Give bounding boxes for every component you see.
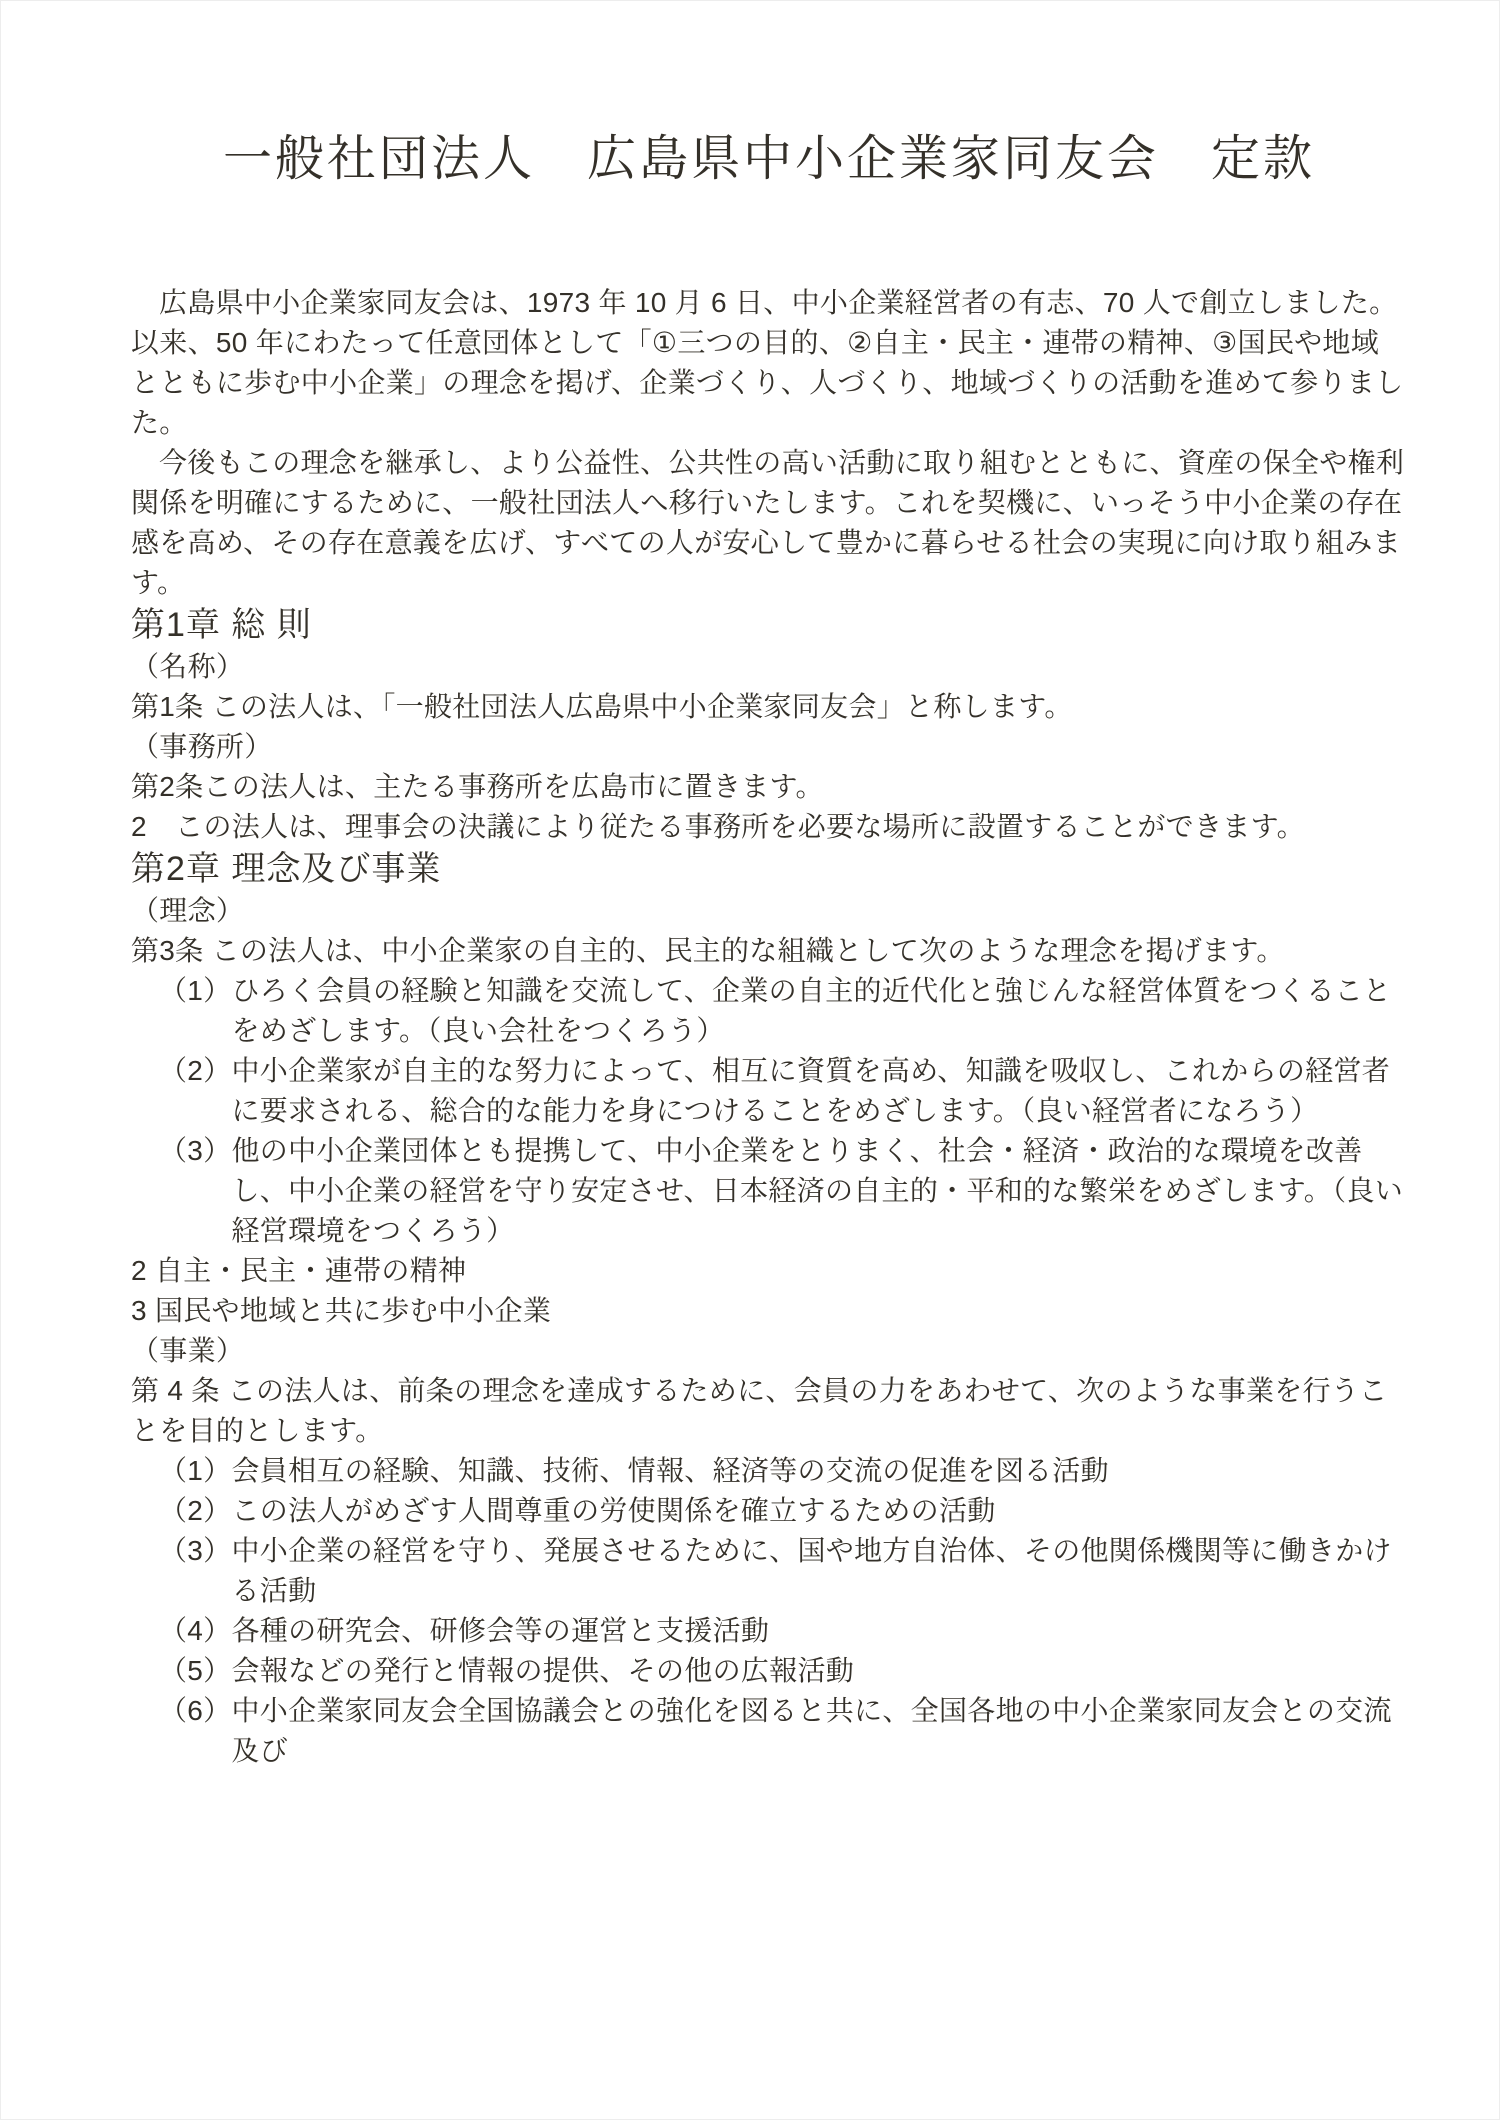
article-4-item-5-marker: （5） <box>159 1651 231 1691</box>
article-3-paragraph-2: 2 自主・民主・連帯の精神 <box>131 1251 1407 1291</box>
article-3-item-1: （1） ひろく会員の経験と知識を交流して、企業の自主的近代化と強じんな経営体質を… <box>131 971 1407 1051</box>
article-3-item-3-text: 他の中小企業団体とも提携して、中小企業をとりまく、社会・経済・政治的な環境を改善… <box>231 1131 1407 1251</box>
article-2-label: （事務所） <box>131 727 1407 767</box>
article-2-text: 第2条この法人は、主たる事務所を広島市に置きます。 <box>131 767 1407 807</box>
article-3-item-3: （3） 他の中小企業団体とも提携して、中小企業をとりまく、社会・経済・政治的な環… <box>131 1131 1407 1251</box>
preamble-paragraph-1: 広島県中小企業家同友会は、1973 年 10 月 6 日、中小企業経営者の有志、… <box>131 283 1407 443</box>
article-4-item-3: （3） 中小企業の経営を守り、発展させるために、国や地方自治体、その他関係機関等… <box>131 1531 1407 1611</box>
article-4-item-5: （5） 会報などの発行と情報の提供、その他の広報活動 <box>131 1651 1407 1691</box>
article-4-item-2-marker: （2） <box>159 1491 231 1531</box>
article-4-item-3-text: 中小企業の経営を守り、発展させるために、国や地方自治体、その他関係機関等に働きか… <box>231 1531 1407 1611</box>
chapter-1-heading: 第1章 総 則 <box>131 603 1407 647</box>
article-4-item-6-marker: （6） <box>159 1691 231 1771</box>
article-3-item-2-marker: （2） <box>159 1051 231 1131</box>
article-4-item-2: （2） この法人がめざす人間尊重の労使関係を確立するための活動 <box>131 1491 1407 1531</box>
document-page: 一般社団法人 広島県中小企業家同友会 定款 広島県中小企業家同友会は、1973 … <box>0 0 1500 2120</box>
article-4-item-1: （1） 会員相互の経験、知識、技術、情報、経済等の交流の促進を図る活動 <box>131 1451 1407 1491</box>
article-3-text: 第3条 この法人は、中小企業家の自主的、民主的な組織として次のような理念を掲げま… <box>131 931 1407 971</box>
article-4-item-5-text: 会報などの発行と情報の提供、その他の広報活動 <box>231 1651 1407 1691</box>
article-4-item-4-text: 各種の研究会、研修会等の運営と支援活動 <box>231 1611 1407 1651</box>
article-4-item-1-marker: （1） <box>159 1451 231 1491</box>
article-1-text: 第1条 この法人は、「一般社団法人広島県中小企業家同友会」と称します。 <box>131 687 1407 727</box>
article-4-item-1-text: 会員相互の経験、知識、技術、情報、経済等の交流の促進を図る活動 <box>231 1451 1407 1491</box>
article-3-item-1-text: ひろく会員の経験と知識を交流して、企業の自主的近代化と強じんな経営体質をつくるこ… <box>231 971 1407 1051</box>
chapter-2-heading: 第2章 理念及び事業 <box>131 847 1407 891</box>
preamble: 広島県中小企業家同友会は、1973 年 10 月 6 日、中小企業経営者の有志、… <box>131 283 1407 603</box>
article-3-item-2: （2） 中小企業家が自主的な努力によって、相互に資質を高め、知識を吸収し、これか… <box>131 1051 1407 1131</box>
article-3-paragraph-3: 3 国民や地域と共に歩む中小企業 <box>131 1291 1407 1331</box>
preamble-paragraph-2: 今後もこの理念を継承し、より公益性、公共性の高い活動に取り組むとともに、資産の保… <box>131 443 1407 603</box>
article-3-item-1-marker: （1） <box>159 971 231 1051</box>
article-2-paragraph-2: 2 この法人は、理事会の決議により従たる事務所を必要な場所に設置することができま… <box>131 807 1407 847</box>
article-3-label: （理念） <box>131 891 1407 931</box>
article-3-item-3-marker: （3） <box>159 1131 231 1251</box>
article-3-item-2-text: 中小企業家が自主的な努力によって、相互に資質を高め、知識を吸収し、これからの経営… <box>231 1051 1407 1131</box>
article-4-item-4-marker: （4） <box>159 1611 231 1651</box>
document-content: 一般社団法人 広島県中小企業家同友会 定款 広島県中小企業家同友会は、1973 … <box>1 131 1499 1771</box>
article-4-label: （事業） <box>131 1331 1407 1371</box>
chapter-2-body: （理念） 第3条 この法人は、中小企業家の自主的、民主的な組織として次のような理… <box>131 891 1407 1771</box>
article-4-item-6: （6） 中小企業家同友会全国協議会との強化を図ると共に、全国各地の中小企業家同友… <box>131 1691 1407 1771</box>
article-4-item-3-marker: （3） <box>159 1531 231 1611</box>
chapter-1-body: （名称） 第1条 この法人は、「一般社団法人広島県中小企業家同友会」と称します。… <box>131 647 1407 847</box>
article-4-item-2-text: この法人がめざす人間尊重の労使関係を確立するための活動 <box>231 1491 1407 1531</box>
article-4-item-6-text: 中小企業家同友会全国協議会との強化を図ると共に、全国各地の中小企業家同友会との交… <box>231 1691 1407 1771</box>
article-4-text: 第 4 条 この法人は、前条の理念を達成するために、会員の力をあわせて、次のよう… <box>131 1371 1407 1451</box>
page-title: 一般社団法人 広島県中小企業家同友会 定款 <box>131 131 1407 187</box>
article-4-item-4: （4） 各種の研究会、研修会等の運営と支援活動 <box>131 1611 1407 1651</box>
article-1-label: （名称） <box>131 647 1407 687</box>
